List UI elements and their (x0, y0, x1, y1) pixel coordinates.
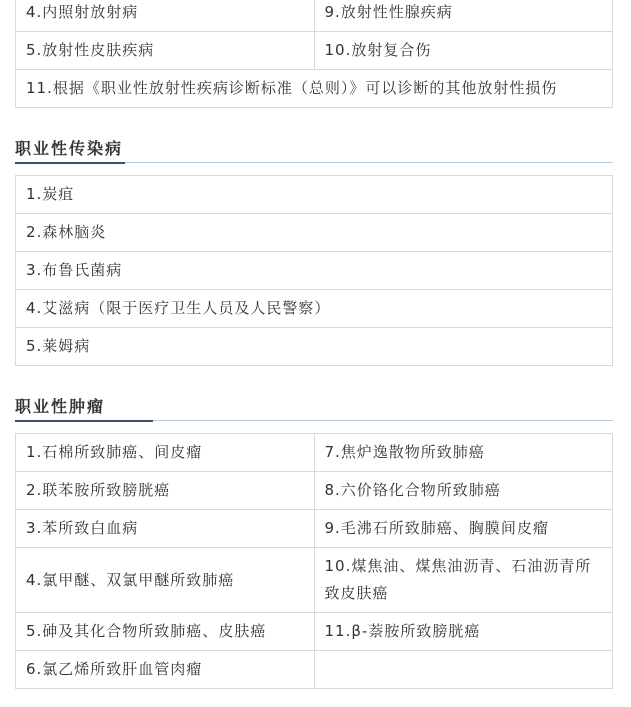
table-cell: 11.β-萘胺所致膀胱癌 (314, 613, 613, 651)
table-row: 5.放射性皮肤疾病 10.放射复合伤 (16, 32, 613, 70)
table-cell: 1.炭疽 (16, 176, 613, 214)
table-cell: 4.内照射放射病 (16, 0, 315, 32)
infectious-disease-table: 1.炭疽 2.森林脑炎 3.布鲁氏菌病 4.艾滋病（限于医疗卫生人员及人民警察）… (15, 175, 613, 366)
document-content: 4.内照射放射病 9.放射性性腺疾病 5.放射性皮肤疾病 10.放射复合伤 11… (0, 0, 613, 689)
table-cell-merged: 11.根据《职业性放射性疾病诊断标准（总则）》可以诊断的其他放射性损伤 (16, 70, 613, 108)
table-cell: 5.莱姆病 (16, 328, 613, 366)
table-row: 4.氯甲醚、双氯甲醚所致肺癌 10.煤焦油、煤焦油沥青、石油沥青所致皮肤癌 (16, 548, 613, 613)
table-row: 11.根据《职业性放射性疾病诊断标准（总则）》可以诊断的其他放射性损伤 (16, 70, 613, 108)
occupational-tumor-table: 1.石棉所致肺癌、间皮瘤 7.焦炉逸散物所致肺癌 2.联苯胺所致膀胱癌 8.六价… (15, 433, 613, 689)
table-cell: 3.苯所致白血病 (16, 510, 315, 548)
table-cell: 7.焦炉逸散物所致肺癌 (314, 434, 613, 472)
table-cell: 5.放射性皮肤疾病 (16, 32, 315, 70)
document-page: 4.内照射放射病 9.放射性性腺疾病 5.放射性皮肤疾病 10.放射复合伤 11… (0, 0, 631, 707)
table-cell: 3.布鲁氏菌病 (16, 252, 613, 290)
table-row: 3.苯所致白血病 9.毛沸石所致肺癌、胸膜间皮瘤 (16, 510, 613, 548)
table-cell-empty (314, 651, 613, 689)
table-row: 5.砷及其化合物所致肺癌、皮肤癌 11.β-萘胺所致膀胱癌 (16, 613, 613, 651)
table-cell: 10.放射复合伤 (314, 32, 613, 70)
table-cell: 2.森林脑炎 (16, 214, 613, 252)
table-row: 3.布鲁氏菌病 (16, 252, 613, 290)
section-title-text: 职业性肿瘤 (15, 396, 153, 422)
table-cell: 1.石棉所致肺癌、间皮瘤 (16, 434, 315, 472)
radiation-disease-table: 4.内照射放射病 9.放射性性腺疾病 5.放射性皮肤疾病 10.放射复合伤 11… (15, 0, 613, 108)
table-cell: 2.联苯胺所致膀胱癌 (16, 472, 315, 510)
table-row: 4.内照射放射病 9.放射性性腺疾病 (16, 0, 613, 32)
section-title-text: 职业性传染病 (15, 138, 125, 164)
table-row: 4.艾滋病（限于医疗卫生人员及人民警察） (16, 290, 613, 328)
section-title-occupational-tumors: 职业性肿瘤 (15, 396, 613, 421)
table-cell: 4.氯甲醚、双氯甲醚所致肺癌 (16, 548, 315, 613)
table-row: 1.炭疽 (16, 176, 613, 214)
table-row: 2.联苯胺所致膀胱癌 8.六价铬化合物所致肺癌 (16, 472, 613, 510)
table-cell: 9.放射性性腺疾病 (314, 0, 613, 32)
table-cell: 10.煤焦油、煤焦油沥青、石油沥青所致皮肤癌 (314, 548, 613, 613)
table-row: 6.氯乙烯所致肝血管肉瘤 (16, 651, 613, 689)
table-cell: 5.砷及其化合物所致肺癌、皮肤癌 (16, 613, 315, 651)
table-row: 2.森林脑炎 (16, 214, 613, 252)
table-cell: 8.六价铬化合物所致肺癌 (314, 472, 613, 510)
table-row: 5.莱姆病 (16, 328, 613, 366)
table-cell: 4.艾滋病（限于医疗卫生人员及人民警察） (16, 290, 613, 328)
table-cell: 9.毛沸石所致肺癌、胸膜间皮瘤 (314, 510, 613, 548)
table-cell: 6.氯乙烯所致肝血管肉瘤 (16, 651, 315, 689)
section-title-infectious-diseases: 职业性传染病 (15, 138, 613, 163)
table-row: 1.石棉所致肺癌、间皮瘤 7.焦炉逸散物所致肺癌 (16, 434, 613, 472)
